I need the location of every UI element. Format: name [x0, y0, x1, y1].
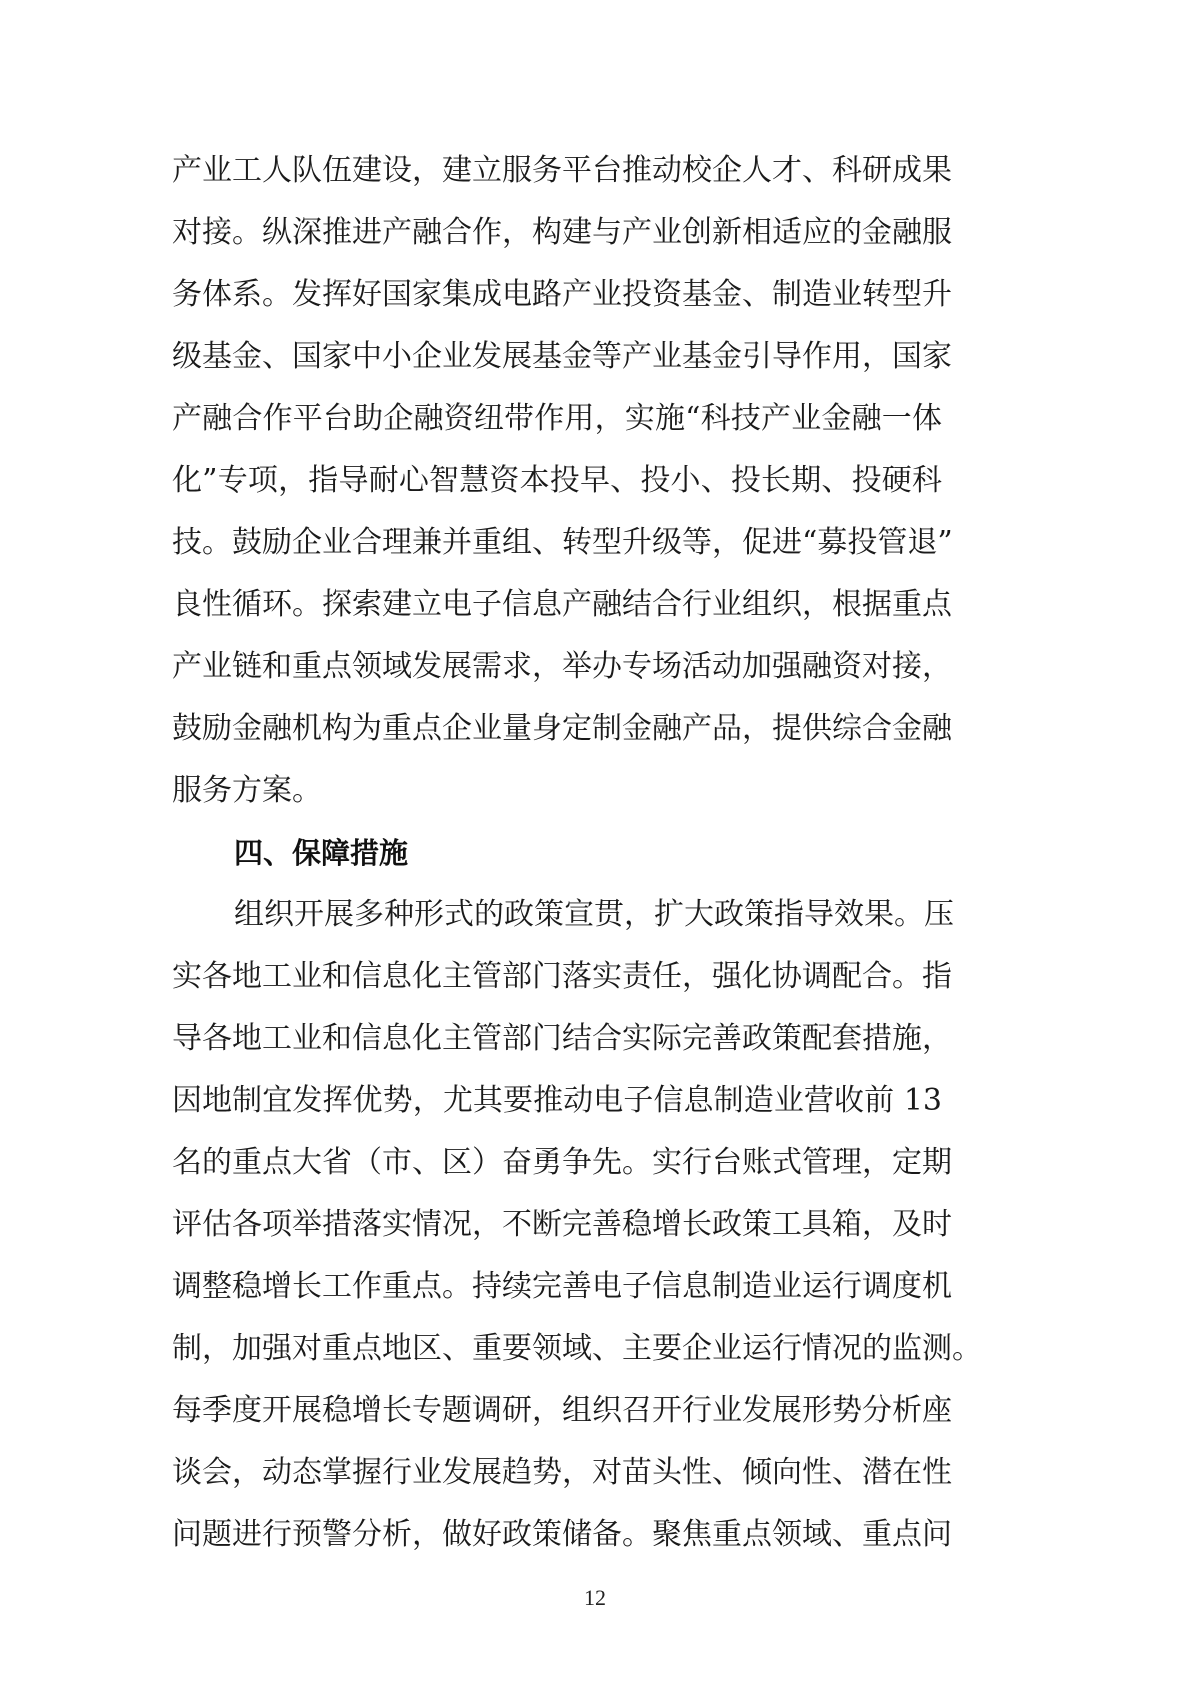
text-line: 名的重点大省（市、区）奋勇争先。实行台账式管理，定期 [172, 1132, 942, 1194]
text-line: 鼓励金融机构为重点企业量身定制金融产品，提供综合金融 [172, 698, 942, 760]
text-line: 产业链和重点领域发展需求，举办专场活动加强融资对接， [172, 636, 942, 698]
text-line: 产融合作平台助企融资纽带作用，实施“科技产业金融一体 [172, 388, 942, 450]
text-line: 问题进行预警分析，做好政策储备。聚焦重点领域、重点问 [172, 1504, 942, 1566]
text-line: 因地制宜发挥优势，尤其要推动电子信息制造业营收前 13 [172, 1070, 942, 1132]
text-line: 化”专项，指导耐心智慧资本投早、投小、投长期、投硬科 [172, 450, 942, 512]
paragraph-safeguard-measures: 组织开展多种形式的政策宣贯，扩大政策指导效果。压 实各地工业和信息化主管部门落实… [172, 884, 942, 1566]
text-line: 技。鼓励企业合理兼并重组、转型升级等，促进“募投管退” [172, 512, 942, 574]
text-line: 调整稳增长工作重点。持续完善电子信息制造业运行调度机 [172, 1256, 942, 1318]
document-page: 产业工人队伍建设，建立服务平台推动校企人才、科研成果 对接。纵深推进产融合作，构… [172, 140, 942, 1566]
text-line: 级基金、国家中小企业发展基金等产业基金引导作用，国家 [172, 326, 942, 388]
text-line: 良性循环。探索建立电子信息产融结合行业组织，根据重点 [172, 574, 942, 636]
page-number: 12 [0, 1585, 1190, 1611]
text-line: 服务方案。 [172, 760, 942, 822]
text-line: 产业工人队伍建设，建立服务平台推动校企人才、科研成果 [172, 140, 942, 202]
text-line: 组织开展多种形式的政策宣贯，扩大政策指导效果。压 [172, 884, 942, 946]
text-line: 每季度开展稳增长专题调研，组织召开行业发展形势分析座 [172, 1380, 942, 1442]
paragraph-industry-finance: 产业工人队伍建设，建立服务平台推动校企人才、科研成果 对接。纵深推进产融合作，构… [172, 140, 942, 822]
text-line: 评估各项举措落实情况，不断完善稳增长政策工具箱，及时 [172, 1194, 942, 1256]
section-heading: 四、保障措施 [172, 822, 942, 884]
text-line: 制，加强对重点地区、重要领域、主要企业运行情况的监测。 [172, 1318, 942, 1380]
text-line: 对接。纵深推进产融合作，构建与产业创新相适应的金融服 [172, 202, 942, 264]
text-line: 实各地工业和信息化主管部门落实责任，强化协调配合。指 [172, 946, 942, 1008]
text-line: 导各地工业和信息化主管部门结合实际完善政策配套措施， [172, 1008, 942, 1070]
text-line: 谈会，动态掌握行业发展趋势，对苗头性、倾向性、潜在性 [172, 1442, 942, 1504]
text-line: 务体系。发挥好国家集成电路产业投资基金、制造业转型升 [172, 264, 942, 326]
